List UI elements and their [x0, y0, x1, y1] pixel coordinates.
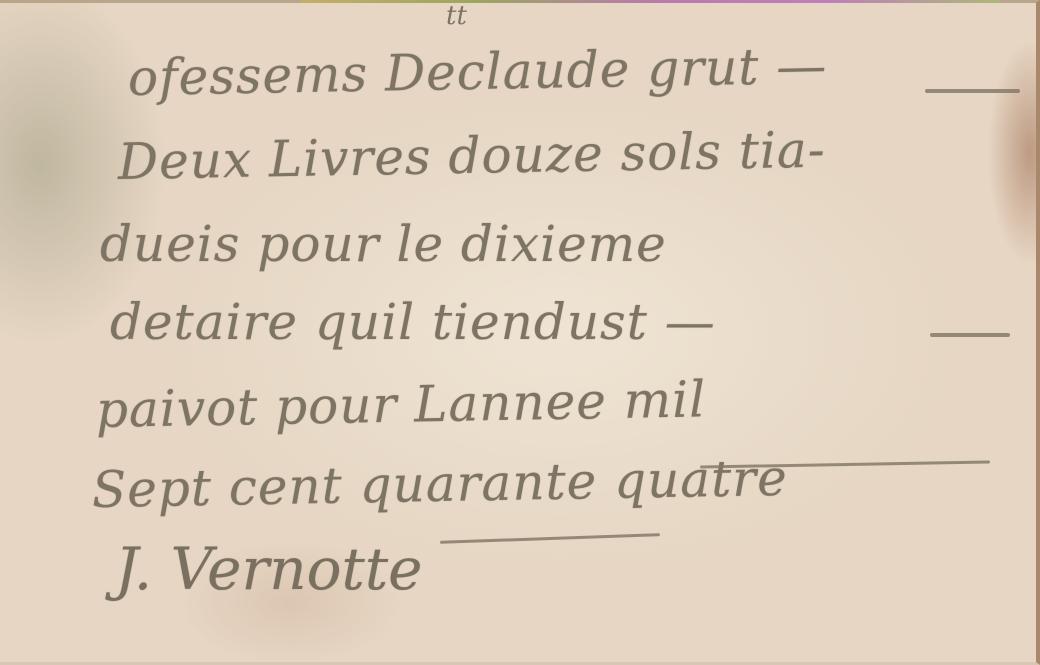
- manuscript-line-1: ofessems Declaude grut —: [127, 37, 827, 107]
- manuscript-line-6: Sept cent quarante quatre: [91, 449, 788, 519]
- manuscript-text-block: tt ofessems Declaude grut — Deux Livres …: [0, 3, 1040, 665]
- line-flourish: [925, 89, 1020, 93]
- signature-flourish: [440, 533, 660, 544]
- manuscript-line-4: detaire quil tiendust —: [110, 293, 716, 351]
- manuscript-line-5: paivot pour Lannee mil: [95, 370, 706, 439]
- manuscript-paper: tt ofessems Declaude grut — Deux Livres …: [0, 0, 1040, 665]
- manuscript-line-3: dueis pour le dixieme: [100, 215, 667, 273]
- manuscript-line-2: Deux Livres douze sols tia-: [117, 121, 826, 191]
- line-flourish: [930, 333, 1010, 337]
- superscript-abbreviation: tt: [446, 1, 467, 31]
- signature: J. Vernotte: [115, 535, 422, 603]
